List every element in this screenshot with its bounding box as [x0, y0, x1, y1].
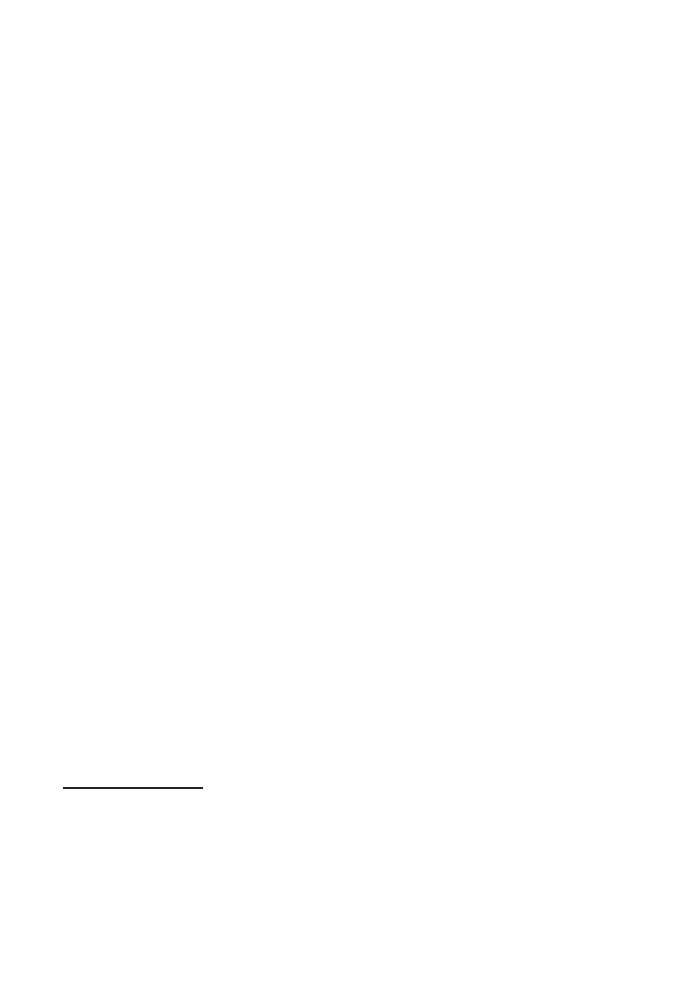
footnote-separator — [63, 787, 203, 789]
